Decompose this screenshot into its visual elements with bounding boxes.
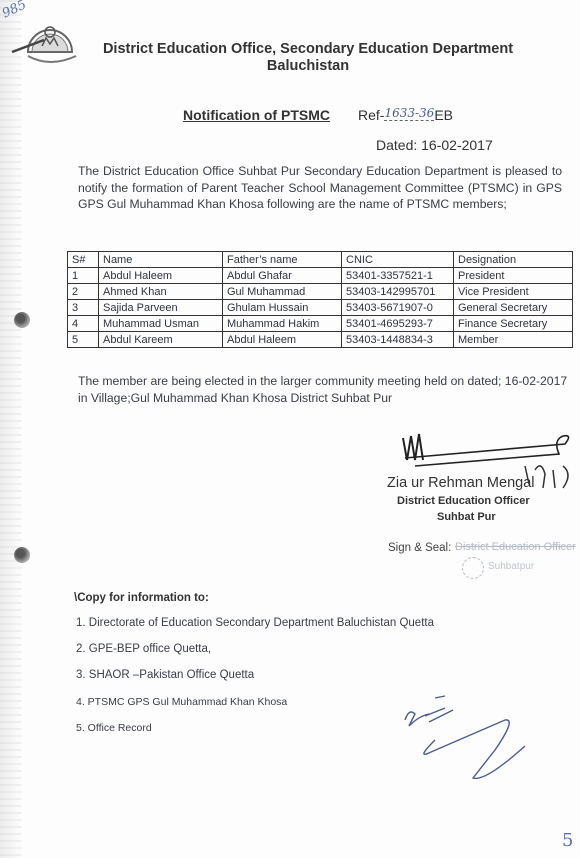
cell-cnic: 53401-3357521-1: [342, 268, 454, 284]
cell-designation: President: [454, 268, 573, 284]
copy-to-heading: \Copy for information to:: [74, 592, 209, 604]
ref-suffix: EB: [434, 107, 453, 123]
cell-father-name: Ghulam Hussain: [223, 300, 342, 316]
punch-hole: [14, 547, 30, 563]
cell-father-name: Abdul Haleem: [223, 332, 342, 348]
cell-name: Abdul Haleem: [99, 268, 223, 284]
col-cnic: CNIC: [342, 252, 454, 268]
copy-to-item: 4. PTSMC GPS Gul Muhammad Khan Khosa: [76, 696, 287, 708]
table-row: 4 Muhammad Usman Muhammad Hakim 53401-46…: [68, 316, 573, 332]
cell-cnic: 53403-142995701: [342, 284, 454, 300]
cell-father-name: Abdul Ghafar: [223, 268, 342, 284]
cell-father-name: Gul Muhammad: [223, 284, 342, 300]
sign-seal-label: Sign & Seal:: [388, 542, 451, 554]
province-header: Baluchistan: [98, 58, 518, 74]
cell-serial: 3: [68, 300, 99, 316]
cell-serial: 2: [68, 284, 99, 300]
page-number: 5: [562, 830, 573, 851]
ref-prefix: Ref-: [358, 107, 384, 123]
col-serial: S#: [68, 252, 99, 268]
seal-stamp-icon: [462, 557, 484, 579]
cell-name: Ahmed Khan: [99, 284, 223, 300]
table-row: 1 Abdul Haleem Abdul Ghafar 53401-335752…: [68, 268, 573, 284]
scan-edge: [0, 0, 22, 858]
table-header-row: S# Name Father’s name CNIC Designation: [68, 252, 573, 268]
cell-designation: Vice President: [454, 284, 573, 300]
reference-number: Ref-1633-36EB: [358, 107, 453, 123]
seal-text: District Education Officer: [455, 541, 576, 553]
signer-title: District Education Officer: [397, 495, 530, 507]
intro-paragraph: The District Education Office Suhbat Pur…: [78, 163, 562, 213]
copy-to-item: 5. Office Record: [76, 722, 152, 734]
cell-name: Sajida Parveen: [99, 300, 223, 316]
col-father-name: Father’s name: [223, 252, 342, 268]
notification-date: Dated: 16-02-2017: [376, 137, 493, 153]
signer-place: Suhbat Pur: [437, 511, 496, 523]
cell-name: Muhammad Usman: [99, 316, 223, 332]
balochistan-emblem-icon: [10, 12, 90, 72]
cell-serial: 5: [68, 332, 99, 348]
members-table: S# Name Father’s name CNIC Designation 1…: [67, 251, 573, 348]
punch-hole: [14, 312, 30, 328]
cell-cnic: 53403-1448834-3: [342, 332, 454, 348]
cell-cnic: 53403-5671907-0: [342, 300, 454, 316]
col-name: Name: [99, 252, 223, 268]
initials-scribble-icon: [395, 690, 545, 790]
copy-to-item: 1. Directorate of Education Secondary De…: [76, 617, 434, 629]
copy-to-item: 2. GPE-BEP office Quetta,: [76, 643, 211, 655]
office-header: District Education Office, Secondary Edu…: [98, 41, 518, 57]
cell-serial: 1: [68, 268, 99, 284]
cell-designation: General Secretary: [454, 300, 573, 316]
table-row: 2 Ahmed Khan Gul Muhammad 53403-14299570…: [68, 284, 573, 300]
election-paragraph: The member are being elected in the larg…: [78, 373, 568, 407]
cell-serial: 4: [68, 316, 99, 332]
cell-father-name: Muhammad Hakim: [223, 316, 342, 332]
table-row: 3 Sajida Parveen Ghulam Hussain 53403-56…: [68, 300, 573, 316]
table-row: 5 Abdul Kareem Abdul Haleem 53403-144883…: [68, 332, 573, 348]
cell-name: Abdul Kareem: [99, 332, 223, 348]
signer-name: Zia ur Rehman Mengal: [387, 475, 535, 491]
seal-place: Suhbatpur: [488, 561, 534, 572]
ref-handwritten: 1633-36: [384, 106, 434, 121]
cell-designation: Finance Secretary: [454, 316, 573, 332]
notification-title: Notification of PTSMC: [183, 107, 330, 123]
cell-cnic: 53401-4695293-7: [342, 316, 454, 332]
col-designation: Designation: [454, 252, 573, 268]
cell-designation: Member: [454, 332, 573, 348]
copy-to-item: 3. SHAOR –Pakistan Office Quetta: [76, 669, 254, 681]
